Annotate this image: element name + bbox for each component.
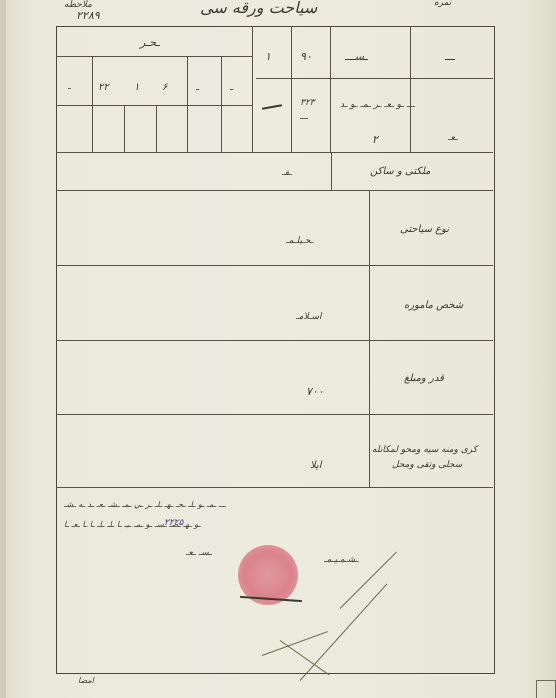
document-title: سياحت ورقه سی: [200, 0, 317, 17]
row-label-amount: قدر ومبلغ: [404, 373, 444, 384]
small-cell-1: ـ: [68, 82, 71, 92]
header-value-b: ـــ: [300, 112, 308, 122]
footer-small-note: ـسـ ـعـ: [186, 548, 212, 558]
header-col-b: ـســـ: [345, 50, 368, 63]
divider: [56, 56, 252, 57]
header-value-a: ۳۲۳: [300, 98, 315, 108]
divider: [56, 487, 493, 488]
merged-header-text: ـحـر: [140, 36, 160, 49]
paper-edge: [0, 0, 6, 698]
divider: [187, 56, 188, 152]
row-label-travel-type: نوع سياحتى: [400, 224, 449, 235]
small-cell-4: ۶: [162, 82, 167, 93]
divider: [252, 26, 253, 152]
footer-date: ۲۲۲۵: [164, 518, 183, 528]
divider: [156, 105, 157, 152]
divider: [92, 56, 93, 152]
row-label-residence: ملكتى و ساكن: [370, 166, 431, 177]
divider: [330, 26, 331, 152]
top-left-number: ۲۲۸۹: [76, 9, 100, 22]
header-col-c: ۹۰: [300, 50, 312, 63]
divider: [56, 265, 493, 266]
divider: [291, 26, 292, 152]
divider: [56, 414, 493, 415]
divider: [56, 190, 493, 191]
top-right-note: نمره: [434, 0, 451, 8]
divider: [124, 105, 125, 152]
divider: [56, 105, 252, 106]
small-cell-6: ـ: [230, 82, 233, 93]
divider: [56, 152, 493, 153]
divider: [331, 152, 332, 190]
header-col-a: ـــ: [445, 50, 455, 63]
row-label-destination-1: كرى ومنه سيه ومحو لمكانله: [372, 445, 477, 455]
footer-line-1: ـــ ـمـ ـو ـلـ ـحـ ـهـ ـلـ ـر ـي ـمـ ـشـ…: [64, 500, 226, 509]
small-cell-3: ۱: [134, 82, 139, 93]
header-col-d: ۱: [265, 50, 271, 63]
divider: [256, 78, 330, 79]
divider: [369, 190, 370, 487]
bottom-left-note: امضا: [78, 676, 94, 685]
small-cell-2: ۲۲: [98, 82, 109, 93]
small-cell-5: ـ: [196, 82, 199, 93]
divider: [410, 26, 411, 152]
divider: [221, 56, 222, 152]
row-label-destination-2: سجلى وتقى ومحل: [392, 460, 462, 470]
row-label-official: شخص ماموره: [404, 300, 463, 311]
divider: [330, 78, 493, 79]
row-value-travel-type: ـحـيلـمـ: [286, 236, 313, 246]
row-value-destination: ايلا: [310, 460, 322, 471]
row-value-official: اسـلامـ: [296, 312, 322, 322]
divider: [56, 340, 493, 341]
footer-signature-bracket: ـشـمـيـمـ: [324, 555, 358, 565]
row-value-residence: ـفـ: [282, 168, 292, 178]
corner-mark: [536, 680, 556, 698]
header-number: ۲: [372, 133, 378, 146]
header-note: ـعـ: [448, 133, 458, 143]
header-name-line: ـــ ـو ـعـ ـر ـمـ ـو ـد: [340, 100, 415, 110]
row-value-amount: ٧٠٠: [306, 385, 324, 398]
